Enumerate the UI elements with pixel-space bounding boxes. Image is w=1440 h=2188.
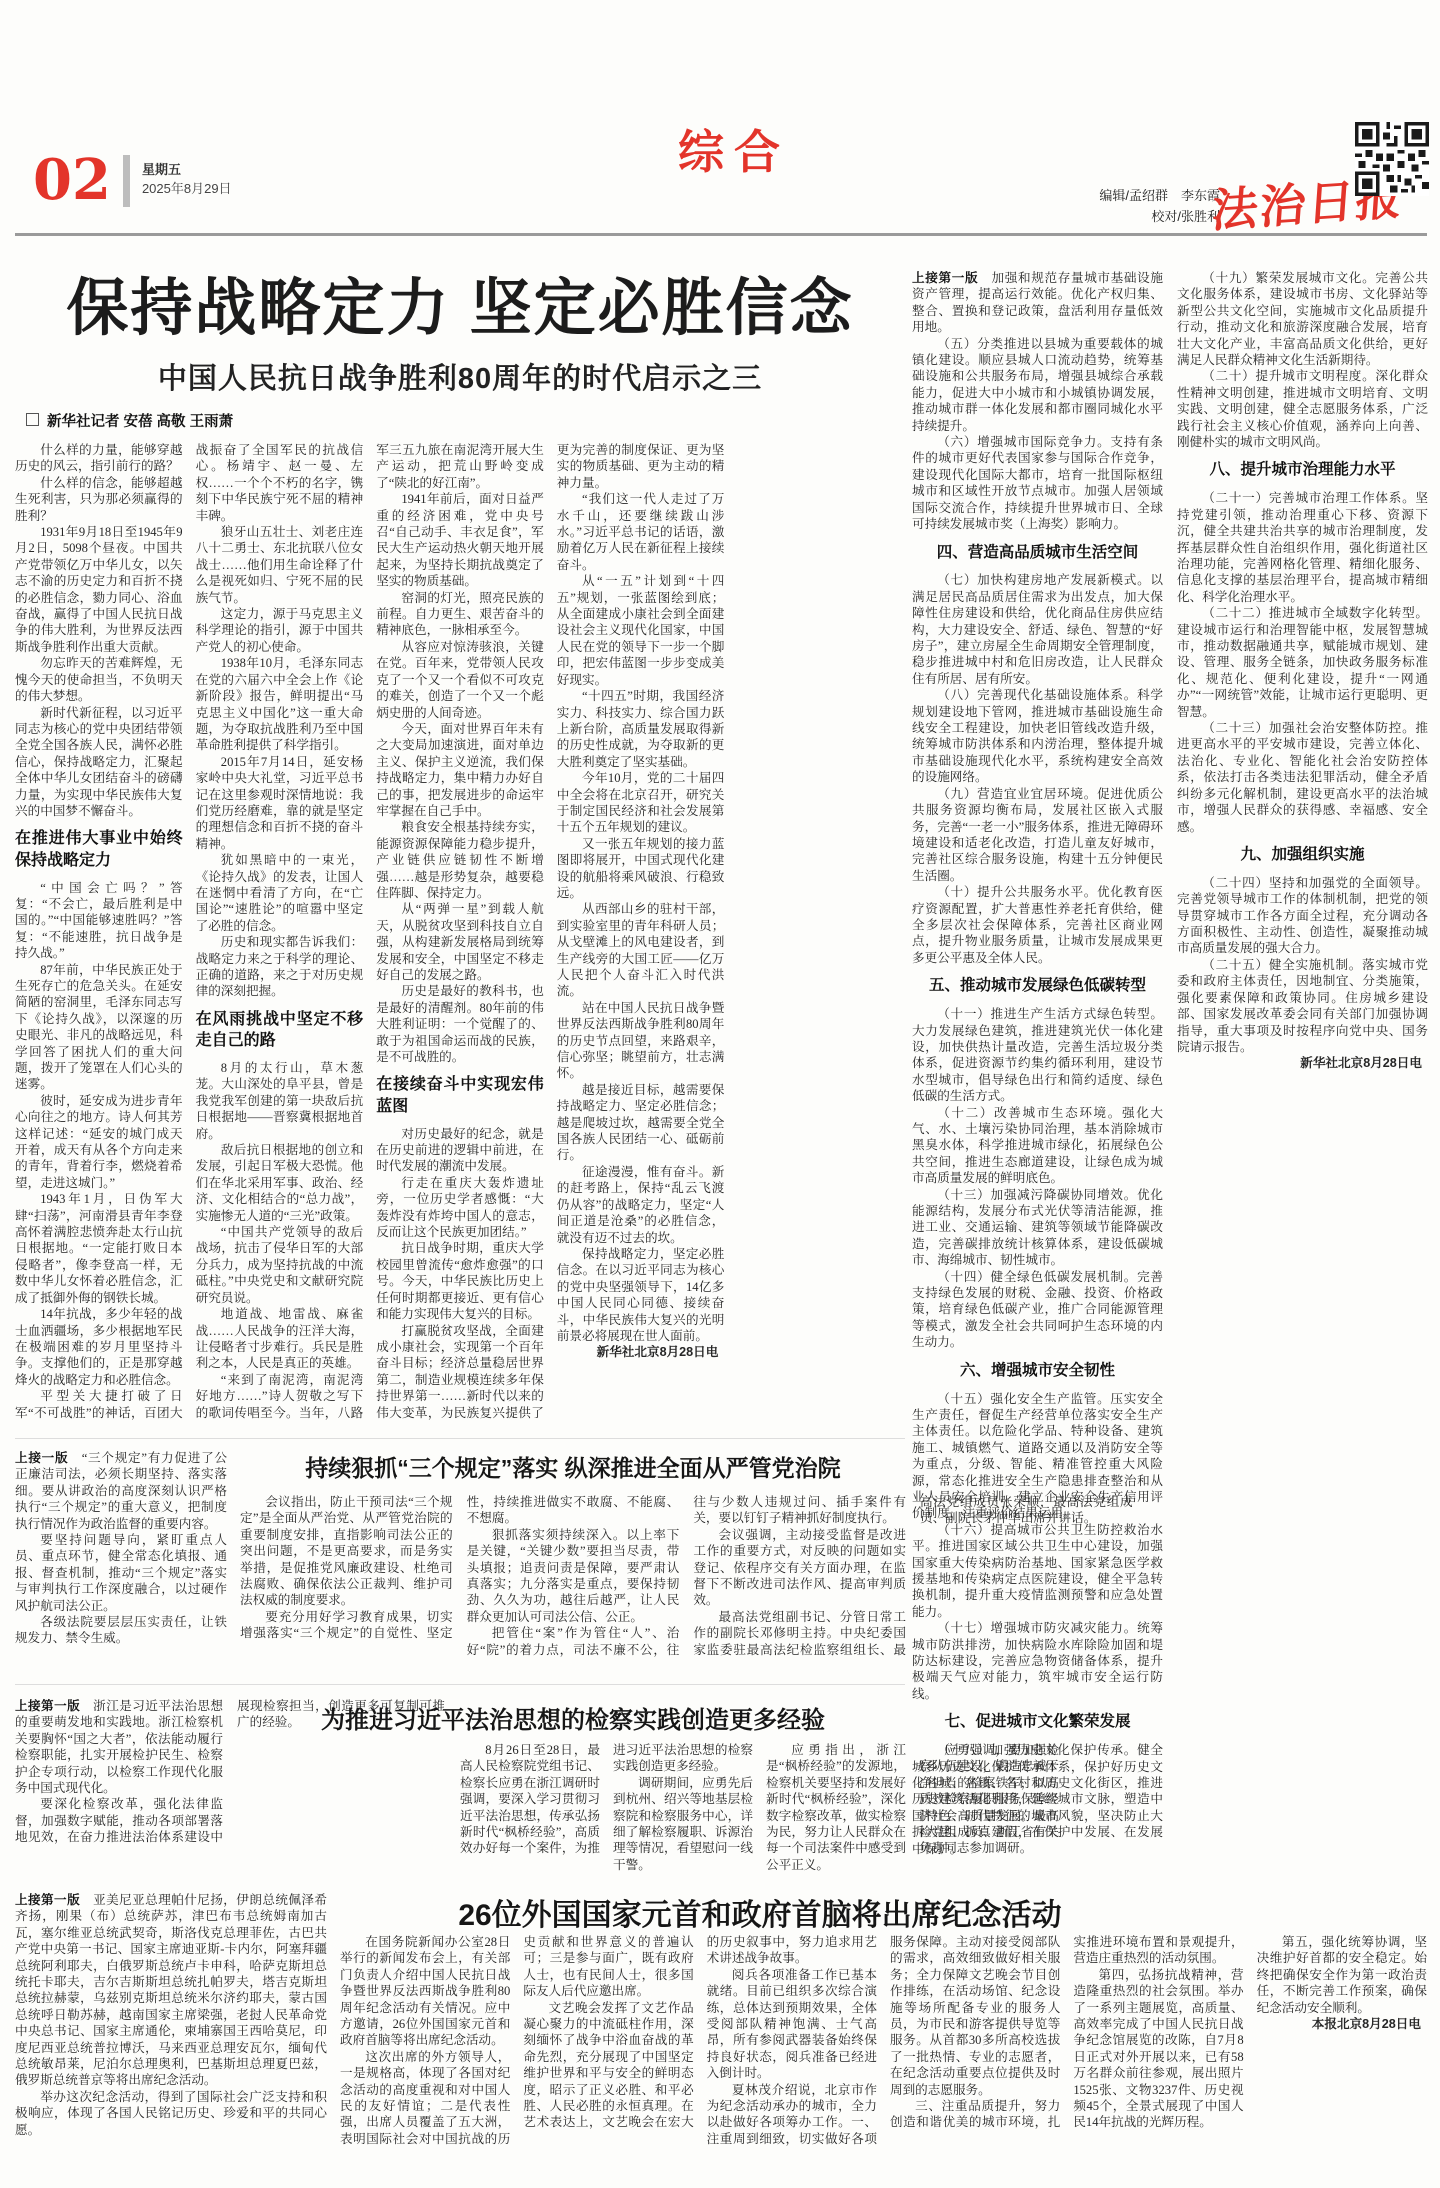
article-paragraph: 上接一版 “三个规定”有力促进了公正廉洁司法，必须长期坚持、落实落细。要从讲政治…	[15, 1450, 227, 1532]
article-paragraph: 87年前，中华民族正处于生死存亡的危急关头。在延安简陋的窑洞里，毛泽东同志写下《…	[15, 962, 183, 1093]
article-paragraph: 举办这次纪念活动，得到了国际社会广泛支持和积极响应，体现了各国人民铭记历史、珍爱…	[15, 2089, 327, 2138]
article-paragraph: 今年10月，党的二十届四中全会将在北京召开，研究关于制定国民经济和社会发展第十五…	[557, 770, 725, 836]
weekday: 星期五	[142, 161, 232, 180]
article-paragraph: 会议指出，防止干预司法“三个规定”是全面从严治党、从严管党治院的重要制度安排，直…	[240, 1494, 453, 1609]
article-paragraph: （二十三）加强社会治安整体防控。推进更高水平的平安城市建设，完善立体化、法治化、…	[1177, 720, 1428, 835]
article-paragraph: （二十四）坚持和加强党的全面领导。完善党领导城市工作的体制机制，把党的领导贯穿城…	[1177, 875, 1428, 957]
article-paragraph: 会议强调，主动接受监督是改进工作的重要方式，对反映的问题如实登记、依程序交有关方…	[693, 1527, 906, 1609]
lead-article-body: 什么样的力量，能够穿越历史的风云，指引前行的路？什么样的信念，能够超越生死利害，…	[15, 442, 905, 1432]
article-paragraph: 调研期间，应勇先后到杭州、绍兴等地基层检察院和检察服务中心，详细了解检察履职、诉…	[613, 1775, 753, 1873]
section-heading: 九、加强组织实施	[1177, 845, 1428, 866]
section-heading: 在风雨挑战中坚定不移走自己的路	[196, 1009, 364, 1052]
article-paragraph: 上接第一版 浙江是习近平法治思想的重要萌发地和实践地。浙江检察机关要胸怀“国之大…	[15, 1698, 223, 1796]
article-paragraph: 勿忘昨天的苦难辉煌，无愧今天的使命担当，不负明天的伟大梦想。	[15, 655, 183, 704]
lead-headline: 保持战略定力 坚定必胜信念	[15, 258, 905, 347]
article-paragraph: “中国会亡吗？”答复：“不会亡，最后胜利是中国的。”“中国能够速胜吗？”答复：“…	[15, 880, 183, 962]
page-header-left: 02 星期五 2025年8月29日	[33, 152, 232, 208]
article-paragraph: 1941年前后，面对日益严重的经济困难，党中央号召“自己动手、丰衣足食”，军民大…	[376, 491, 544, 589]
article-divider-2	[15, 1684, 905, 1685]
article-paragraph: 越是接近目标，越需要保持战略定力、坚定必胜信念；越是爬坡过坎，越需要全党全国各族…	[557, 1082, 725, 1164]
section-heading: 六、增强城市安全韧性	[912, 1361, 1163, 1382]
article-paragraph: 彼时，延安成为进步青年心向往之的地方。诗人何其芳这样记述：“延安的城门成天开着，…	[15, 1093, 183, 1191]
editor-line: 编辑/孟绍群 李东霞	[1020, 186, 1220, 207]
header-rule	[15, 233, 1427, 236]
article-paragraph: （十）提升公共服务水平。优化教育医疗资源配置，扩大普惠性养老托育供给，健全多层次…	[912, 884, 1163, 966]
section-heading: 在推进伟大事业中始终保持战略定力	[15, 828, 183, 871]
article-paragraph: （二十一）完善城市治理工作体系。坚持党建引领，推动治理重心下移、资源下沉，健全共…	[1177, 490, 1428, 605]
article-paragraph: （六）增强城市国际竞争力。支持有条件的城市更好代表国家参与国际合作竞争，建设现代…	[912, 434, 1163, 532]
newspaper-page: 02 星期五 2025年8月29日 综合 编辑/孟绍群 李东霞 校对/张胜利 法…	[0, 0, 1440, 2188]
article-paragraph: 窑洞的灯光，照亮民族的前程。自力更生、艰苦奋斗的精神底色，一脉相承至今。	[376, 590, 544, 639]
article-paragraph: （十一）推进生产生活方式绿色转型。大力发展绿色建筑，推进建筑光伏一体化建设，加快…	[912, 1006, 1163, 1104]
article-paragraph: “十四五”时期，我国经济实力、科技实力、综合国力跃上新台阶，高质量发展取得新的历…	[557, 688, 725, 770]
article-paragraph: 保持战略定力，坚定必胜信念。在以习近平同志为核心的党中央坚强领导下，14亿多中国…	[557, 1246, 725, 1344]
byline-square-icon	[26, 413, 39, 426]
page-number: 02	[33, 152, 111, 208]
article-paragraph: （十三）加强减污降碳协同增效。优化能源结构，发展分布式光伏等清洁能源，推进工业、…	[912, 1187, 1163, 1269]
lead-subheadline: 中国人民抗日战争胜利80周年的时代启示之三	[15, 356, 905, 397]
article-paragraph: 14年抗战，多少年轻的战士血洒疆场，多少根据地军民在极端困难的岁月里坚持斗争。支…	[15, 1306, 183, 1388]
article-paragraph: （二十二）推进城市全域数字化转型。建设城市运行和治理智能中枢，发展智慧城市，推动…	[1177, 605, 1428, 720]
article-paragraph: 要坚持问题导向，紧盯重点人员、重点环节，健全常态化填报、通报、督查机制，推动“三…	[15, 1532, 227, 1614]
city-article-body: 上接第一版 加强和规范存量城市基础设施资产管理，提高运行效能。优化产权归集、整合…	[912, 270, 1428, 1880]
article-paragraph: 敌后抗日根据地的创立和发展，引起日军极大恐慌。他们在华北采用军事、政治、经济、文…	[196, 1142, 364, 1224]
article-paragraph: 行走在重庆大轰炸遗址旁，一位历史学者感慨：“大轰炸没有炸垮中国人的意志，反而让这…	[376, 1175, 544, 1241]
procuratorate-article-body: 8月26日至28日，最高人民检察院党组书记、检察长应勇在浙江调研时强调，要深入学…	[460, 1742, 906, 1878]
article-paragraph: 征途漫漫，惟有奋斗。新的赶考路上，保持“乱云飞渡仍从容”的战略定力，坚定“人间正…	[557, 1164, 725, 1246]
article-paragraph: 狼牙山五壮士、刘老庄连八十二勇士、东北抗联八位女战士……他们用生命诠释了什么是视…	[196, 524, 364, 606]
article-paragraph: 狠抓落实须持续深入。以上率下是关键，“关键少数”要担当尽责，带头填报；追责问责是…	[467, 1527, 680, 1625]
article-paragraph: 上接第一版 亚美尼亚总理帕什尼扬，伊朗总统佩泽希齐扬，刚果（布）总统萨苏，津巴布…	[15, 1892, 327, 2089]
section-heading: 七、促进城市文化繁荣发展	[912, 1712, 1163, 1733]
court-headline: 持续狠抓“三个规定”落实 纵深推进全面从严管党治院	[240, 1450, 906, 1483]
article-paragraph: 应勇强调，要加强检察队伍建设，锻造忠诚干净担当的检察铁军，以高质效检察履职服务保…	[919, 1742, 1059, 1857]
court-article-body: 会议指出，防止干预司法“三个规定”是全面从严治党、从严管党治院的重要制度安排，直…	[240, 1494, 906, 1662]
article-paragraph: （二十五）健全实施机制。落实城市党委和政府主体责任，因地制宜、分类施策，强化要素…	[1177, 957, 1428, 1055]
article-paragraph: 历史是最好的教科书，也是最好的清醒剂。80年前的伟大胜利证明：一个觉醒了的、敢于…	[376, 983, 544, 1065]
article-paragraph: （九）营造宜业宜居环境。促进优质公共服务资源均衡布局，发展社区嵌入式服务，完善“…	[912, 786, 1163, 884]
section-heading: 八、提升城市治理能力水平	[1177, 460, 1428, 481]
article-paragraph: 从容应对惊涛骇浪，关键在党。百年来，党带领人民攻克了一个又一个看似不可攻克的难关…	[376, 639, 544, 721]
dateline: 新华社北京8月28日电	[1177, 1055, 1428, 1071]
procuratorate-headline: 为推进习近平法治思想的检察实践创造更多经验	[240, 1700, 906, 1735]
article-paragraph: （八）完善现代化基础设施体系。科学规划建设地下管网，推进城市基础设施生命线安全工…	[912, 687, 1163, 785]
article-divider-1	[15, 1438, 905, 1439]
article-paragraph: 1931年9月18日至1945年9月2日，5098个昼夜。中国共产党带领亿万中华…	[15, 524, 183, 655]
ceremony-article-body: 在国务院新闻办公室28日举行的新闻发布会上，有关部门负责人介绍中国人民抗日战争暨…	[340, 1934, 1427, 2148]
article-paragraph: （十四）健全绿色低碳发展机制。完善支持绿色发展的财税、金融、投资、价格政策，培育…	[912, 1269, 1163, 1351]
article-paragraph: 从西部山乡的驻村干部，到实验室里的青年科研人员；从戈壁滩上的风电建设者，到生产线…	[557, 901, 725, 999]
article-paragraph: 2015年7月14日，延安杨家岭中央大礼堂，习近平总书记在这里参观时深情地说：我…	[196, 754, 364, 852]
article-paragraph: 粮食安全根基持续夯实，能源资源保障能力稳步提升，产业链供应链韧性不断增强……越是…	[376, 819, 544, 901]
article-paragraph: 地道战、地雷战、麻雀战……人民战争的汪洋大海，让侵略者寸步难行。兵民是胜利之本，…	[196, 1306, 364, 1372]
section-heading: 五、推动城市发展绿色低碳转型	[912, 976, 1163, 997]
section-heading: 四、营造高品质城市生活空间	[912, 543, 1163, 564]
proof-line: 校对/张胜利	[1020, 207, 1220, 228]
section-heading: 在接续奋斗中实现宏伟蓝图	[376, 1074, 544, 1117]
article-paragraph: 抗日战争时期，重庆大学校园里曾流传“愈炸愈强”的口号。今天，中华民族比历史上任何…	[376, 1240, 544, 1322]
article-paragraph: （十七）增强城市防灾减灾能力。统筹城市防洪排涝，加快病险水库除险加固和堤防达标建…	[912, 1620, 1163, 1702]
article-paragraph: 1938年10月，毛泽东同志在党的六届六中全会上作《论新阶段》报告，鲜明提出“马…	[196, 655, 364, 753]
dateline: 新华社北京8月28日电	[557, 1344, 725, 1360]
court-continuation-block: 上接一版 “三个规定”有力促进了公正廉洁司法，必须长期坚持、落实落细。要从讲政治…	[15, 1450, 227, 1666]
article-paragraph: 1943年1月，日伪军大肆“扫荡”，河南滑县青年李登高怀着满腔悲愤奔赴太行山抗日…	[15, 1191, 183, 1306]
article-paragraph: （二十）提升城市文明程度。深化群众性精神文明创建，推进城市文明培育、文明实践、文…	[1177, 368, 1428, 450]
article-paragraph: （七）加快构建房地产发展新模式。以满足居民高品质居住需求为出发点，加大保障性住房…	[912, 572, 1163, 687]
article-paragraph: （五）分类推进以县城为重要载体的城镇化建设。顺应县城人口流动趋势，统筹基础设施和…	[912, 336, 1163, 434]
lead-byline: 新华社记者 安蓓 高敬 王雨萧	[26, 410, 233, 431]
article-paragraph: 站在中国人民抗日战争暨世界反法西斯战争胜利80周年的历史节点回望，来路艰辛，信心…	[557, 1000, 725, 1082]
article-paragraph: 8月的太行山，草木葱茏。大山深处的阜平县，曾是我党我军创建的第一块敌后抗日根据地…	[196, 1060, 364, 1142]
article-paragraph: （十二）改善城市生态环境。强化大气、水、土壤污染协同治理，基本消除城市黑臭水体，…	[912, 1105, 1163, 1187]
dateline: 本报北京8月28日电	[1257, 2016, 1427, 2032]
article-paragraph: “我们这一代人走过了万水千山，还要继续跋山涉水。”习近平总书记的话语，激励着亿万…	[557, 491, 725, 573]
article-paragraph: 什么样的信念，能够超越生死利害，只为那必须赢得的胜利？	[15, 475, 183, 524]
article-paragraph: 阅兵各项准备工作已基本就绪。目前已组织多次综合演练，总体达到预期效果，全体受阅部…	[707, 1967, 877, 2082]
page-number-divider	[123, 155, 130, 207]
article-paragraph: 在国务院新闻办公室28日举行的新闻发布会上，有关部门负责人介绍中国人民抗日战争暨…	[340, 1934, 510, 2049]
article-paragraph: 新时代新征程，以习近平同志为核心的党中央团结带领全党全国各族人民，满怀必胜信心，…	[15, 705, 183, 820]
ceremony-continuation-block: 上接第一版 亚美尼亚总理帕什尼扬，伊朗总统佩泽希齐扬，刚果（布）总统萨苏，津巴布…	[15, 1892, 327, 2148]
article-paragraph: 第四，弘扬抗战精神，营造隆重热烈的社会氛围。举办了一系列主题展览，高质量、高效率…	[1073, 1967, 1243, 2131]
article-paragraph: 对历史最好的纪念，就是在历史前进的逻辑中前进，在时代发展的潮流中发展。	[376, 1126, 544, 1175]
article-paragraph: 什么样的力量，能够穿越历史的风云，指引前行的路？	[15, 442, 183, 475]
article-paragraph: 各级法院要层层压实责任，让铁规发力、禁令生威。	[15, 1614, 227, 1647]
article-paragraph: 这定力，源于马克思主义科学理论的指引，源于中国共产党人的初心使命。	[196, 606, 364, 655]
date: 2025年8月29日	[142, 180, 232, 199]
article-paragraph: “中国共产党领导的敌后战场，抗击了侵华日军的大部分兵力，成为坚持抗战的中流砥柱。…	[196, 1224, 364, 1306]
article-paragraph: 应勇指出，浙江是“枫桥经验”的发源地，检察机关要坚持和发展好新时代“枫桥经验”，…	[766, 1742, 906, 1873]
article-paragraph: （十六）提高城市公共卫生防控救治水平。推进国家区域公共卫生中心建设，加强国家重大…	[912, 1522, 1163, 1620]
article-paragraph: 从“两弹一星”到载人航天，从脱贫攻坚到科技自立自强，从构建新发展格局到统筹发展和…	[376, 901, 544, 983]
article-paragraph: 犹如黑暗中的一束光，《论持久战》的发表，让国人在迷惘中看清了方向，在“亡国论”“…	[196, 852, 364, 934]
article-paragraph: 今天，面对世界百年未有之大变局加速演进，面对单边主义、保护主义逆流，我们保持战略…	[376, 721, 544, 819]
article-paragraph: 历史和现实都告诉我们：战略定力来之于科学的理论、正确的道路，来之于对历史规律的深…	[196, 934, 364, 1000]
article-paragraph: 从“一五”计划到“十四五”规划，一张蓝图绘到底；从全面建成小康社会到全面建设社会…	[557, 573, 725, 688]
editor-credits: 编辑/孟绍群 李东霞 校对/张胜利	[1020, 186, 1220, 228]
ceremony-headline: 26位外国国家元首和政府首脑将出席纪念活动	[335, 1890, 1185, 1934]
section-title: 综合	[678, 116, 790, 182]
article-paragraph: 第五，强化统筹协调，坚决维护好首都的安全稳定。始终把确保安全作为第一政治责任，不…	[1257, 1934, 1427, 2016]
article-paragraph: （十九）繁荣发展城市文化。完善公共文化服务体系，建设城市书房、文化驿站等新型公共…	[1177, 270, 1428, 368]
qr-code-icon	[1355, 122, 1429, 196]
article-paragraph: 上接第一版 加强和规范存量城市基础设施资产管理，提高运行效能。优化产权归集、整合…	[912, 270, 1163, 336]
article-paragraph: 又一张五年规划的接力蓝图即将展开，中国式现代化建设的航船将乘风破浪、行稳致远。	[557, 836, 725, 902]
